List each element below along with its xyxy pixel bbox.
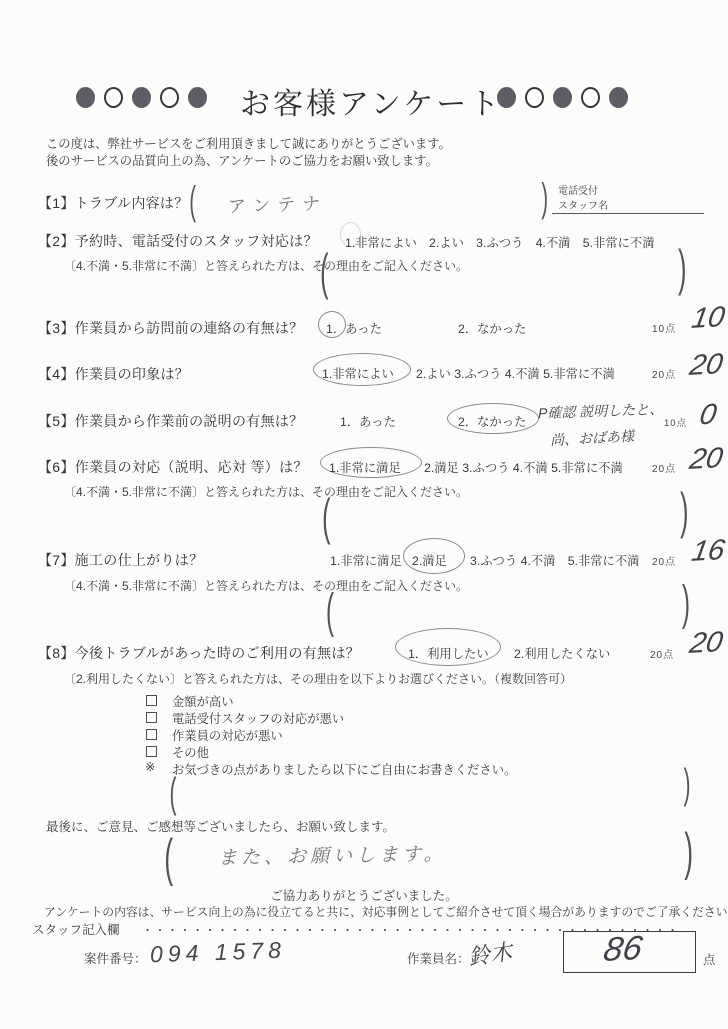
q1-staff-label-2: スタッフ名 bbox=[558, 197, 608, 212]
q5-option-2: 2．なかった bbox=[458, 412, 526, 430]
q5-label: 【5】作業員から作業前の説明の有無は？ bbox=[38, 411, 304, 431]
filled-dot-icon bbox=[132, 87, 151, 108]
q8-reason-item: その他 bbox=[172, 743, 209, 761]
q8-reason-item: 作業員の対応が悪い bbox=[172, 726, 283, 744]
checkbox-icon bbox=[146, 746, 157, 757]
staff-section-label: スタッフ記入欄 bbox=[32, 920, 120, 938]
q2-options: 1.非常によい 2.よい 3.ふつう 4.不満 5.非常に不満 bbox=[345, 233, 655, 251]
q8-free-close-paren: ) bbox=[684, 763, 691, 805]
q2-answer-close-paren: ) bbox=[678, 243, 686, 293]
q6-reason-note: 〔4.不満・5.非常に不満〕と答えられた方は、その理由をご記入ください。 bbox=[64, 483, 468, 500]
q8-reason-item: 電話受付スタッフの対応が悪い bbox=[172, 709, 344, 727]
q7-reason-note: 〔4.不満・5.非常に不満〕と答えられた方は、その理由をご記入ください。 bbox=[64, 577, 468, 594]
q1-handwritten-answer: アンテナ bbox=[228, 189, 328, 218]
intro-line-1: この度は、弊社サービスをご利用頂きまして誠にありがとうございます。 bbox=[46, 134, 451, 152]
q1-open-paren: ( bbox=[189, 181, 196, 221]
q7-label: 【7】施工の仕上がりは？ bbox=[38, 550, 203, 570]
q7-options-rest: 3.ふつう 4.不満 5.非常に不満 bbox=[470, 551, 639, 569]
q7-points-label: 20点 bbox=[652, 553, 676, 568]
q4-options-rest: 2.よい 3.ふつう 4.不満 5.非常に不満 bbox=[416, 364, 615, 382]
worker-name-signature: 鈴木 bbox=[466, 935, 514, 972]
q5-handwritten-score: 0 bbox=[697, 399, 719, 433]
hollow-dot-icon bbox=[104, 87, 123, 108]
q4-option-selected: 1.非常によい bbox=[322, 364, 394, 382]
worker-name-label: 作業員名： bbox=[407, 949, 470, 967]
page-title: お客様アンケート bbox=[240, 79, 502, 123]
q2-reason-note: 〔4.不満・5.非常に不満〕と答えられた方は、その理由をご記入ください。 bbox=[64, 257, 468, 274]
q4-handwritten-score: 20 bbox=[687, 348, 725, 383]
case-number-handwritten: 094 1578 bbox=[150, 937, 287, 969]
q8-reason-note: 〔2.利用したくない〕と答えられた方は、その理由を以下よりお選びください。（複数… bbox=[64, 670, 572, 687]
q2-answer-open-paren: ( bbox=[320, 247, 328, 297]
q1-staff-label-1: 電話受付 bbox=[558, 182, 598, 197]
filled-dot-icon bbox=[76, 87, 95, 108]
q8-points-label: 20点 bbox=[650, 646, 674, 661]
filled-dot-icon bbox=[609, 87, 628, 108]
checkbox-icon bbox=[146, 729, 157, 740]
intro-line-2: 後のサービスの品質向上の為、アンケートのご協力をお願い致します。 bbox=[46, 151, 438, 169]
total-score-handwritten: 86 bbox=[601, 929, 645, 970]
q3-points-label: 10点 bbox=[652, 320, 676, 335]
header-dots-right bbox=[497, 87, 628, 108]
q4-points-label: 20点 bbox=[652, 366, 676, 381]
q8-free-note-mark: ※ bbox=[145, 760, 155, 774]
q6-label: 【6】作業員の対応（説明、応対 等）は？ bbox=[38, 457, 308, 477]
q8-reason-item: 金額が高い bbox=[172, 692, 234, 710]
checkbox-icon bbox=[146, 712, 157, 723]
filled-dot-icon bbox=[553, 87, 572, 108]
closing-prompt: 最後に、ご意見、ご感想等ございましたら、お願い致します。 bbox=[46, 817, 395, 835]
case-number-label: 案件番号： bbox=[84, 949, 147, 967]
closing-open-paren: ( bbox=[164, 832, 173, 884]
filled-dot-icon bbox=[188, 87, 207, 108]
q8-free-note: お気づきの点がありましたら以下にご自由にお書きください。 bbox=[172, 760, 516, 778]
q6-options-rest: 2.満足 3.ふつう 4.不満 5.非常に不満 bbox=[424, 458, 623, 476]
q7-answer-open-paren: ( bbox=[326, 588, 334, 636]
q1-close-paren: ) bbox=[541, 178, 548, 218]
hollow-dot-icon bbox=[581, 87, 600, 108]
thanks-line: ご協力ありがとうございました。 bbox=[0, 886, 728, 904]
q5-option-1: 1．あった bbox=[340, 412, 396, 430]
header-dots-left bbox=[76, 87, 207, 108]
q1-staff-name-line bbox=[552, 213, 704, 214]
q6-points-label: 20点 bbox=[652, 460, 676, 475]
q8-option-1: 1．利用したい bbox=[408, 644, 489, 662]
q7-option-1: 1.非常に満足 bbox=[330, 551, 402, 569]
q8-label: 【8】今後トラブルがあった時のご利用の有無は？ bbox=[38, 643, 360, 663]
q4-label: 【4】作業員の印象は？ bbox=[38, 364, 189, 384]
q8-free-open-paren: ( bbox=[170, 772, 177, 814]
q6-handwritten-score: 20 bbox=[687, 442, 725, 477]
q2-label: 【2】予約時、電話受付のスタッフ対応は？ bbox=[38, 231, 318, 251]
hollow-dot-icon bbox=[160, 87, 179, 108]
q1-label: 【1】トラブル内容は？ bbox=[38, 193, 189, 213]
q3-option-1: 1．あった bbox=[326, 319, 382, 337]
q3-handwritten-score: 10 bbox=[689, 301, 727, 336]
hollow-dot-icon bbox=[525, 87, 544, 108]
disclaimer-line: アンケートの内容は、サービス向上の為に役立てると共に、対応事例としてご紹介させて… bbox=[44, 903, 728, 920]
survey-scan-page: お客様アンケート この度は、弊社サービスをご利用頂きまして誠にありがとうございま… bbox=[0, 0, 728, 1029]
closing-close-paren: ) bbox=[684, 826, 693, 878]
q7-option-selected: 2.満足 bbox=[412, 551, 447, 569]
filled-dot-icon bbox=[497, 87, 516, 108]
q3-label: 【3】作業員から訪問前の連絡の有無は？ bbox=[38, 318, 304, 338]
q3-option-2: 2．なかった bbox=[458, 319, 526, 337]
q7-answer-close-paren: ) bbox=[682, 580, 690, 628]
q7-handwritten-score: 16 bbox=[689, 534, 727, 569]
q5-handwritten-note-2: 尚、おばあ様 bbox=[550, 426, 635, 450]
q8-option-2: 2.利用したくない bbox=[514, 644, 610, 662]
q6-option-selected: 1.非常に満足 bbox=[329, 458, 401, 476]
q8-handwritten-score: 20 bbox=[687, 626, 725, 661]
q6-answer-open-paren: ( bbox=[322, 492, 330, 542]
q6-answer-close-paren: ) bbox=[680, 486, 688, 536]
total-score-points-suffix: 点 bbox=[703, 950, 716, 968]
q5-handwritten-note-1: P確認 説明したと、 bbox=[538, 399, 664, 423]
checkbox-icon bbox=[146, 695, 157, 706]
closing-handwritten-answer: また、お願いします。 bbox=[218, 839, 447, 870]
q5-points-label: 10点 bbox=[664, 415, 687, 429]
